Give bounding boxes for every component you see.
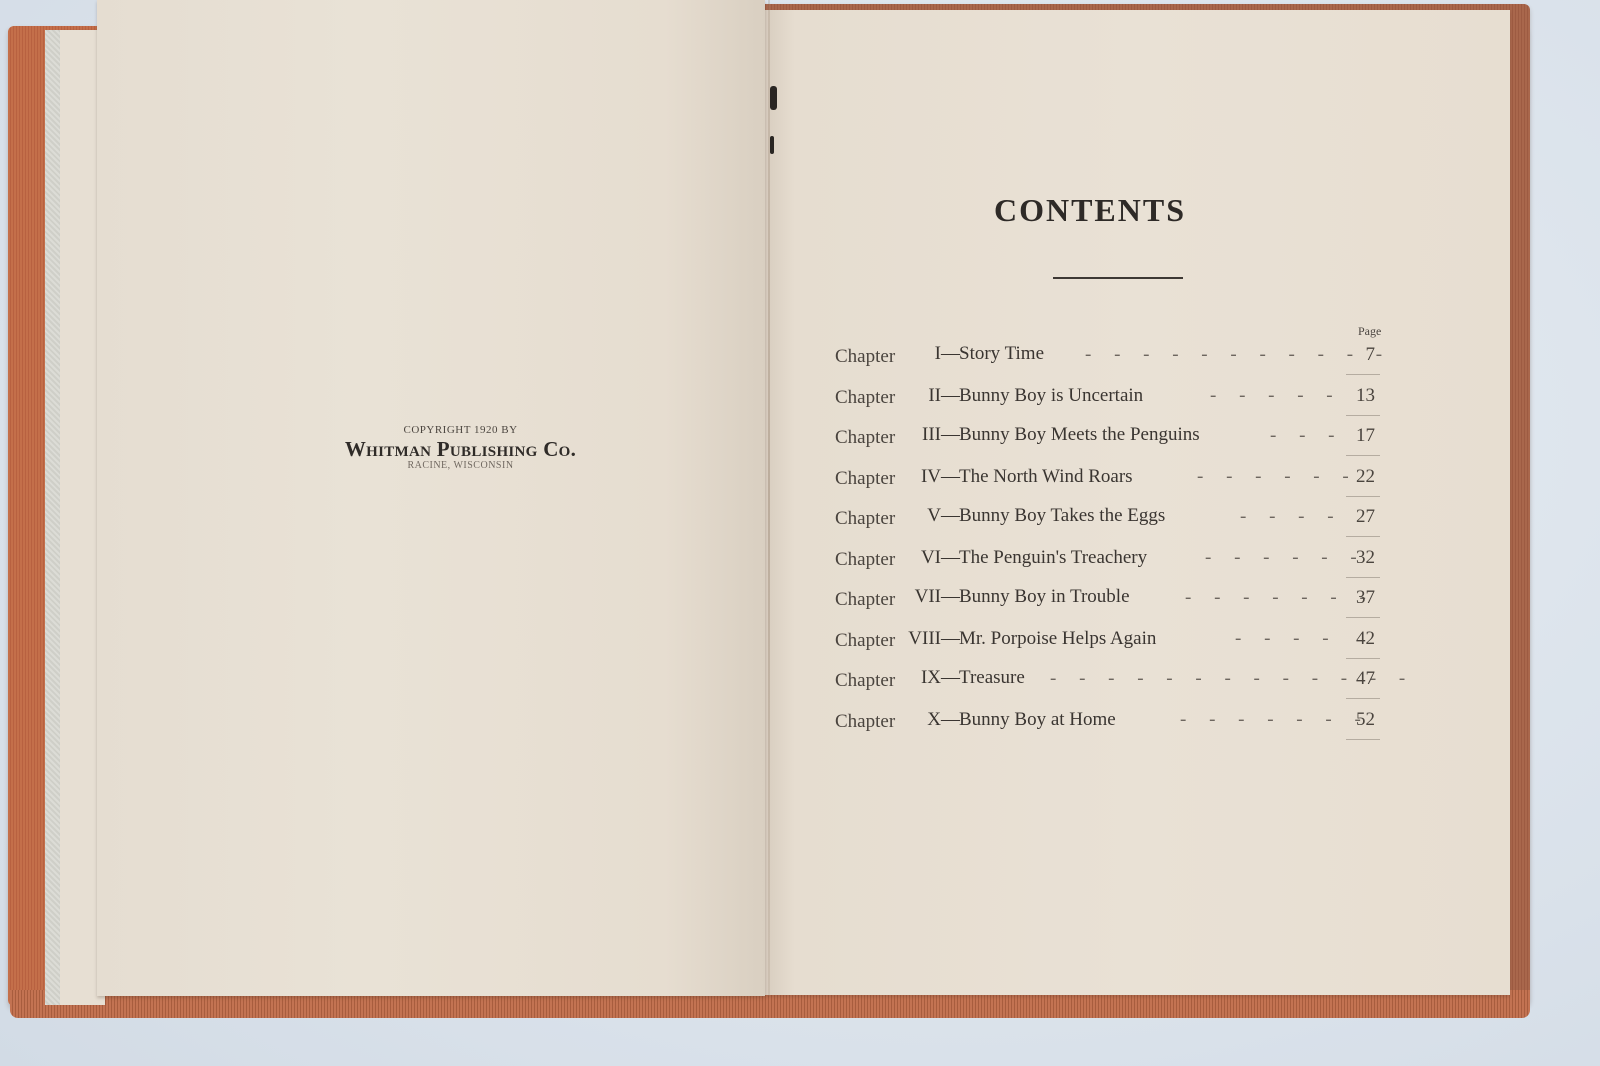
dot-leader: - - - - - - <box>1205 547 1366 569</box>
dot-leader: - - - - - - - <box>1180 709 1370 731</box>
publisher-imprint: COPYRIGHT 1920 BY Whitman Publishing Co.… <box>328 424 593 471</box>
chapter-label: Chapter <box>835 508 895 530</box>
toc-entry: Chapter III— Bunny Boy Meets the Penguin… <box>835 423 1400 464</box>
chapter-numeral: VIII— <box>908 628 960 650</box>
chapter-numeral: VI— <box>921 547 960 569</box>
chapter-numeral: I— <box>935 343 960 365</box>
chapter-title: Treasure <box>959 667 1025 689</box>
dot-leader: - - - - <box>1240 506 1343 528</box>
chapter-label: Chapter <box>835 387 895 409</box>
dot-leader: - - - - - - - <box>1185 587 1375 609</box>
toc-entry: Chapter II— Bunny Boy is Uncertain - - -… <box>835 383 1400 424</box>
copyright-line: COPYRIGHT 1920 BY <box>328 424 593 436</box>
chapter-numeral: X— <box>927 709 960 731</box>
chapter-label: Chapter <box>835 670 895 692</box>
dot-leader: - - - - - <box>1210 385 1342 407</box>
chapter-page-number: 22 <box>1356 466 1375 488</box>
chapter-label: Chapter <box>835 711 895 733</box>
chapter-page-number: 47 <box>1356 668 1375 690</box>
page-underline <box>1346 698 1380 699</box>
toc-entry: Chapter X— Bunny Boy at Home - - - - - -… <box>835 707 1400 748</box>
chapter-page-number: 7 <box>1366 344 1376 366</box>
publisher-location: RACINE, WISCONSIN <box>328 460 593 471</box>
toc-entry: Chapter IX— Treasure - - - - - - - - - -… <box>835 666 1400 707</box>
chapter-title: Story Time <box>959 343 1044 365</box>
page-underline <box>1346 577 1380 578</box>
contents-heading: CONTENTS <box>960 192 1220 229</box>
page-underline <box>1346 455 1380 456</box>
chapter-numeral: II— <box>928 385 960 407</box>
chapter-title: Mr. Porpoise Helps Again <box>959 628 1156 650</box>
page-underline <box>1346 374 1380 375</box>
table-of-contents: Chapter I— Story Time - - - - - - - - - … <box>835 342 1400 747</box>
binding-stitch-icon <box>770 86 777 110</box>
chapter-page-number: 17 <box>1356 425 1375 447</box>
left-page <box>97 0 765 996</box>
page-underline <box>1346 658 1380 659</box>
dot-leader: - - - - - - <box>1197 466 1358 488</box>
toc-entry: Chapter VI— The Penguin's Treachery - - … <box>835 545 1400 586</box>
page-underline <box>1346 536 1380 537</box>
chapter-numeral: VII— <box>915 586 960 608</box>
page-column-label: Page <box>1358 324 1381 339</box>
chapter-label: Chapter <box>835 549 895 571</box>
chapter-title: Bunny Boy Meets the Penguins <box>959 424 1200 446</box>
chapter-label: Chapter <box>835 346 895 368</box>
chapter-page-number: 32 <box>1356 547 1375 569</box>
dot-leader: - - - - <box>1235 628 1338 650</box>
dot-leader: - - - <box>1270 425 1343 447</box>
page-underline <box>1346 617 1380 618</box>
toc-entry: Chapter V— Bunny Boy Takes the Eggs - - … <box>835 504 1400 545</box>
chapter-numeral: IX— <box>921 667 960 689</box>
chapter-numeral: V— <box>927 505 960 527</box>
toc-entry: Chapter I— Story Time - - - - - - - - - … <box>835 342 1400 383</box>
chapter-page-number: 13 <box>1356 385 1375 407</box>
chapter-page-number: 52 <box>1356 709 1375 731</box>
chapter-label: Chapter <box>835 468 895 490</box>
toc-entry: Chapter VIII— Mr. Porpoise Helps Again -… <box>835 626 1400 667</box>
dot-leader: - - - - - - - - - - - <box>1085 344 1391 366</box>
chapter-title: The North Wind Roars <box>959 466 1133 488</box>
chapter-page-number: 37 <box>1356 587 1375 609</box>
page-underline <box>1346 739 1380 740</box>
chapter-title: Bunny Boy Takes the Eggs <box>959 505 1165 527</box>
page-underline <box>1346 496 1380 497</box>
toc-entry: Chapter IV— The North Wind Roars - - - -… <box>835 464 1400 505</box>
publisher-name: Whitman Publishing Co. <box>328 438 593 460</box>
chapter-title: Bunny Boy at Home <box>959 709 1116 731</box>
chapter-label: Chapter <box>835 427 895 449</box>
chapter-label: Chapter <box>835 589 895 611</box>
chapter-page-number: 42 <box>1356 628 1375 650</box>
chapter-page-number: 27 <box>1356 506 1375 528</box>
chapter-title: Bunny Boy in Trouble <box>959 586 1130 608</box>
title-divider <box>1053 277 1183 279</box>
page-underline <box>1346 415 1380 416</box>
chapter-numeral: III— <box>922 424 960 446</box>
binding-stitch-icon <box>770 136 774 154</box>
toc-entry: Chapter VII— Bunny Boy in Trouble - - - … <box>835 585 1400 626</box>
chapter-title: The Penguin's Treachery <box>959 547 1147 569</box>
chapter-label: Chapter <box>835 630 895 652</box>
chapter-title: Bunny Boy is Uncertain <box>959 385 1143 407</box>
chapter-numeral: IV— <box>921 466 960 488</box>
